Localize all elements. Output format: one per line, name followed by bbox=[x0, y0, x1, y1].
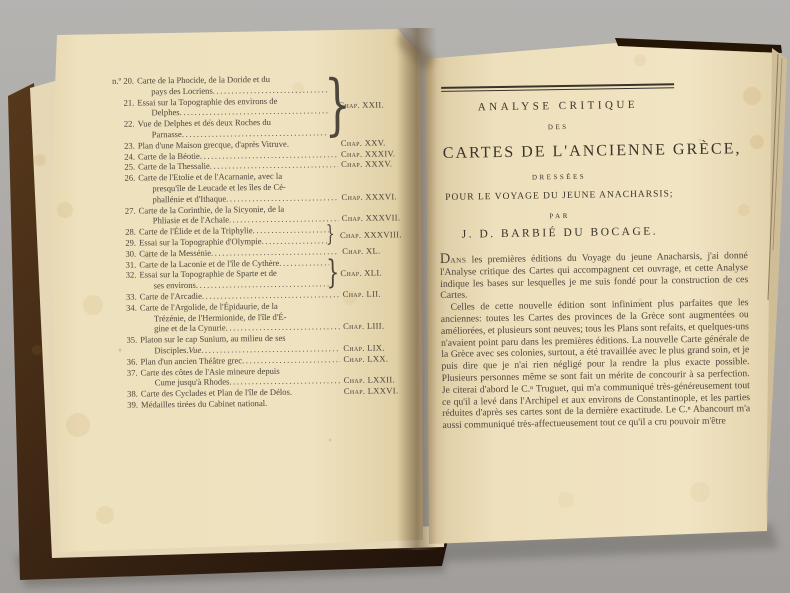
toc-chapter-ref bbox=[340, 331, 405, 343]
toc-entry-label: Parnasse bbox=[138, 129, 182, 140]
toc-chapter-ref bbox=[339, 202, 404, 214]
toc-group-chapter-ref: Chap. XLI. bbox=[340, 267, 382, 278]
heading-rule bbox=[441, 83, 674, 92]
toc-entry-number: 33. bbox=[103, 291, 140, 302]
toc-entry-number bbox=[102, 216, 139, 227]
toc-entry-number bbox=[104, 378, 141, 389]
brace: } bbox=[324, 72, 333, 137]
toc-row: 39.Médailles tirées du Cabinet national. bbox=[104, 396, 406, 410]
title-analyse-critique: ANALYSE CRITIQUE bbox=[441, 98, 674, 114]
toc-entry-number: 22. bbox=[101, 119, 138, 130]
toc-entry-number: 29. bbox=[102, 237, 139, 248]
toc-entry-number bbox=[101, 130, 138, 141]
brace: } bbox=[326, 223, 335, 245]
paragraph-2: Celles de cette nouvelle édition sont in… bbox=[440, 297, 750, 432]
toc-entry-italic: Vue bbox=[188, 345, 201, 356]
toc-entry-number: 31. bbox=[102, 259, 139, 270]
toc-entry-number: 21. bbox=[100, 97, 137, 108]
title-voyage-anacharsis: POUR LE VOYAGE DU JEUNE ANACHARSIS; bbox=[443, 189, 676, 203]
drop-cap: D bbox=[440, 251, 451, 267]
title-dressees: DRESSÉES bbox=[442, 171, 675, 183]
toc-chapter-ref bbox=[338, 180, 403, 192]
toc-chapter-ref bbox=[340, 310, 405, 322]
left-page-toc: n.º 20.Carte de la Phocide, de la Doride… bbox=[100, 72, 406, 416]
toc-chapter-ref bbox=[341, 364, 406, 376]
lead-caps: ANS bbox=[450, 256, 466, 265]
toc-chapter-ref: Chap. LII. bbox=[340, 288, 405, 300]
title-cartes-grece: CARTES DE L'ANCIENNE GRÈCE, bbox=[438, 140, 746, 163]
toc-chapter-ref bbox=[341, 396, 406, 408]
toc-entry-number: 24. bbox=[101, 151, 138, 162]
toc-entry-number: 25. bbox=[101, 162, 138, 173]
toc-entry-number: 26. bbox=[101, 173, 138, 184]
toc-entry-text: Médailles tirées du Cabinet national. bbox=[141, 397, 341, 410]
toc-chapter-ref: Chap. LXXVI. bbox=[341, 385, 406, 397]
toc-chapter-ref: Chap. LXX. bbox=[340, 353, 405, 365]
toc-entry-label: Delphes bbox=[137, 107, 179, 118]
paragraph-1: DANS les premières éditions du Voyage du… bbox=[440, 250, 749, 302]
title-author: J. D. BARBIÉ DU BOCAGE. bbox=[443, 225, 676, 241]
right-page-content: ANALYSE CRITIQUE DES CARTES DE L'ANCIENN… bbox=[437, 75, 750, 432]
toc-entry-number bbox=[103, 313, 140, 324]
title-des: DES bbox=[442, 121, 675, 133]
toc-chapter-ref: Chap. XXXIV. bbox=[338, 148, 403, 160]
toc-entry-label: Carte de la Béotie bbox=[138, 150, 200, 162]
toc-chapter-ref: Chap. XXXVI. bbox=[338, 191, 403, 203]
toc-entry-number bbox=[100, 108, 137, 119]
toc-entry-number: 28. bbox=[102, 227, 139, 238]
toc-entry-label: ses environs bbox=[140, 280, 196, 291]
toc-chapter-ref: Chap. LIX. bbox=[340, 342, 405, 354]
toc-entry-number: n.º 20. bbox=[100, 76, 137, 87]
dotted-leader bbox=[279, 257, 329, 268]
toc-chapter-ref: Chap. XXXV. bbox=[338, 159, 403, 171]
toc-chapter-ref bbox=[338, 169, 403, 181]
toc-entry-number: 23. bbox=[101, 140, 138, 151]
toc-chapter-ref: Chap. XL. bbox=[339, 245, 404, 257]
toc-chapter-ref bbox=[340, 299, 405, 311]
toc-entry-number: 30. bbox=[102, 248, 139, 259]
toc-group-chapter-ref: Chap. XXII. bbox=[338, 100, 384, 111]
toc-entry-number: 32. bbox=[102, 270, 139, 281]
toc-entry-number: 27. bbox=[102, 205, 139, 216]
toc-group-chapter-ref: Chap. XXXVIII. bbox=[340, 229, 402, 240]
toc-entry-number: 39. bbox=[104, 399, 141, 410]
paragraph-1-body: les premières éditions du Voyage du jeun… bbox=[440, 250, 748, 301]
toc-entry-number bbox=[103, 345, 140, 356]
title-par: PAR bbox=[443, 210, 676, 222]
toc-entry-number: 38. bbox=[104, 389, 141, 400]
toc-entry-number: 35. bbox=[103, 335, 140, 346]
toc-entry-number bbox=[103, 324, 140, 335]
toc-entry-number: 37. bbox=[104, 367, 141, 378]
toc-entry-number bbox=[101, 194, 138, 205]
toc-chapter-ref: Chap. XXXVII. bbox=[339, 213, 404, 225]
toc-entry-label: Carte de la Thessalie bbox=[138, 161, 210, 173]
toc-entry-number: 36. bbox=[103, 356, 140, 367]
toc-chapter-ref: Chap. LIII. bbox=[340, 321, 405, 333]
toc-entry-number bbox=[103, 281, 140, 292]
toc-chapter-ref: Chap. LXXII. bbox=[341, 375, 406, 387]
brace: } bbox=[326, 256, 335, 288]
toc-entry-label: Médailles tirées du Cabinet national. bbox=[141, 398, 267, 410]
dotted-leader bbox=[261, 235, 329, 247]
toc-entry-label: Disciples. bbox=[140, 345, 188, 356]
toc-entry-number bbox=[101, 184, 138, 195]
book-photo: n.º 20.Carte de la Phocide, de la Doride… bbox=[0, 0, 790, 593]
toc-entry-number bbox=[100, 86, 137, 97]
toc-entry-number: 34. bbox=[103, 302, 140, 313]
toc-entry-label: Carte de l'Arcadie bbox=[140, 291, 202, 303]
